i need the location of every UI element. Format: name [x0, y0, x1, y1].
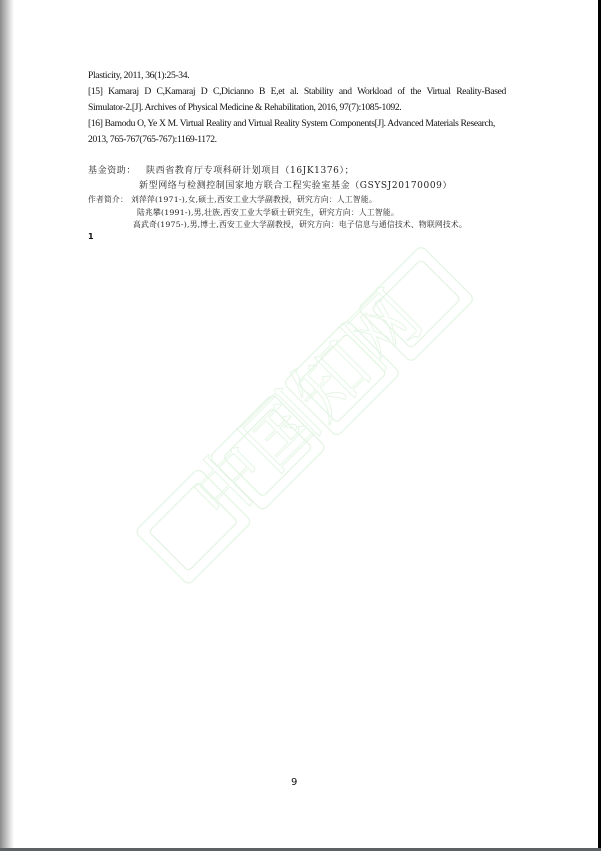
- reference-16-line1: [16] Bamodu O, Ye X M. Virtual Reality a…: [88, 116, 506, 132]
- funding-project-1: 陕西省教育厅专项科研计划项目（16JK1376）；: [146, 165, 354, 178]
- svg-text:中国知网: 中国知网: [175, 275, 438, 538]
- reference-15-line2: Simulator-2.[J]. Archives of Physical Me…: [88, 100, 506, 116]
- funding-project-2: 新型网络与检测控制国家地方联合工程实验室基金（GSYSJ20170009）: [139, 180, 452, 193]
- author-1: 刘萍萍(1971-),女,硕士,西安工业大学副教授，研究方向：人工智能。: [131, 193, 377, 206]
- reference-14-continuation: Plasticity, 2011, 36(1):25-34.: [88, 68, 506, 84]
- reference-15-line1: [15] Kamaraj D C,Kamaraj D C,Dicianno B …: [88, 84, 506, 100]
- author-intro-label: 作者简介：: [88, 193, 128, 206]
- page-number: 9: [291, 777, 297, 788]
- page-shadow-left: [0, 0, 14, 851]
- watermark-cnki: 中国知网: [110, 230, 510, 590]
- author-3: 高武奇(1975-),男,博士,西安工业大学副教授，研究方向：电子信息与通信技术…: [133, 218, 467, 231]
- funding-label: 基金资助：: [88, 165, 136, 178]
- reference-16-line2: 2013, 765-767(765-767):1169-1172.: [88, 132, 506, 148]
- footnote-marker: 1: [88, 232, 94, 241]
